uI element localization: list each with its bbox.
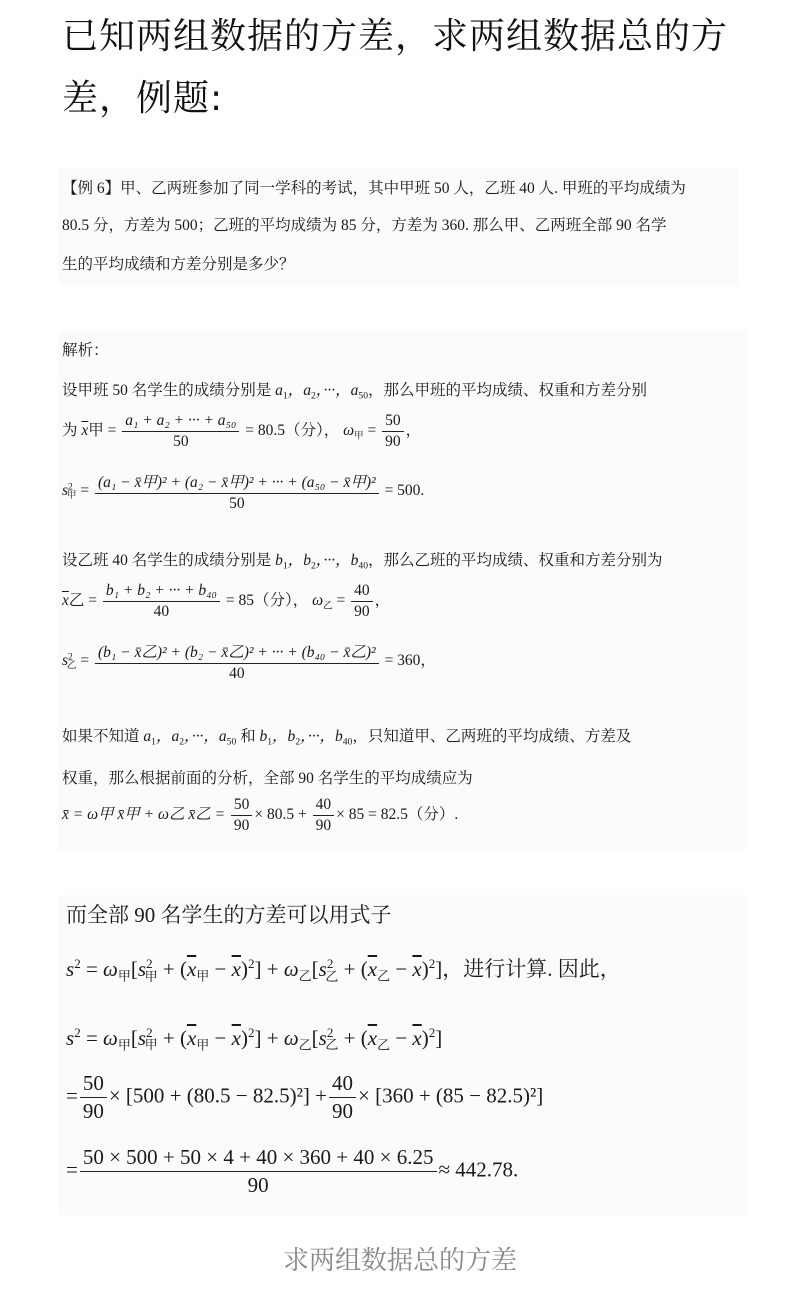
class-a-weight-fraction: 50 90 bbox=[382, 412, 404, 451]
variance-step-2: = 50 90 × [500 + (80.5 − 82.5)²] + 40 90… bbox=[66, 1071, 543, 1124]
analysis-label: 解析： bbox=[62, 338, 109, 360]
total-mean-fraction-b: 40 90 bbox=[313, 796, 335, 835]
problem-image: 【例 6】甲、乙两班参加了同一学科的考试，其中甲班 50 人，乙班 40 人. … bbox=[58, 168, 738, 286]
weight-line: 权重，那么根据前面的分析，全部 90 名学生的平均成绩应为 bbox=[62, 766, 473, 788]
class-b-mean-fraction: b₁ + b₂ + ··· + b₄₀ 40 bbox=[103, 582, 220, 621]
variance-step-3-fraction: 50 × 500 + 50 × 4 + 40 × 360 + 40 × 6.25… bbox=[80, 1145, 437, 1198]
image-caption: 求两组数据总的方差 bbox=[0, 1240, 800, 1277]
analysis-image: 解析： 设甲班 50 名学生的成绩分别是 a1，a2，···，a50，那么甲班的… bbox=[58, 330, 748, 850]
headline-line-1: 已知两组数据的方差，求两组数据总的方 bbox=[62, 6, 752, 68]
class-b-mean-formula: x乙 = b₁ + b₂ + ··· + b₄₀ 40 = 85（分）， ω乙 … bbox=[62, 582, 390, 621]
class-a-variance-formula: s2甲 = (a₁ − x̄甲)² + (a₂ − x̄甲)² + ··· + … bbox=[62, 470, 424, 513]
total-mean-fraction-a: 50 90 bbox=[231, 796, 253, 835]
problem-line-2: 80.5 分，方差为 500；乙班的平均成绩为 85 分，方差为 360. 那么… bbox=[62, 213, 667, 235]
total-mean-formula: x̄ = ω甲 x̄甲 + ω乙 x̄乙 = 50 90 × 80.5 + 40… bbox=[62, 796, 458, 835]
article-headline: 已知两组数据的方差，求两组数据总的方 差，例题: bbox=[62, 6, 752, 130]
variance-general-formula: s2 = ω甲[s2甲 + (x甲 − x)2] + ω乙[s2乙 + (x乙 … bbox=[66, 953, 621, 985]
problem-line-1: 【例 6】甲、乙两班参加了同一学科的考试，其中甲班 50 人，乙班 40 人. … bbox=[62, 176, 686, 198]
headline-line-2: 差，例题: bbox=[62, 68, 752, 130]
variance-intro: 而全部 90 名学生的方差可以用式子 bbox=[66, 899, 392, 929]
unknown-data-line: 如果不知道 a1，a2，···，a50 和 b1，b2，···，b40，只知道甲… bbox=[62, 724, 631, 747]
class-b-weight-fraction: 40 90 bbox=[351, 582, 373, 621]
variance-step-1: s2 = ω甲[s2甲 + (x甲 − x)2] + ω乙[s2乙 + (x乙 … bbox=[66, 1025, 442, 1053]
variance-step-2-fraction-a: 50 90 bbox=[80, 1071, 107, 1124]
variance-step-2-fraction-b: 40 90 bbox=[329, 1071, 356, 1124]
problem-line-3: 生的平均成绩和方差分别是多少？ bbox=[62, 252, 295, 274]
class-b-intro: 设乙班 40 名学生的成绩分别是 b1，b2，···，b40，那么乙班的平均成绩… bbox=[62, 548, 663, 571]
class-a-mean-formula: 为 x甲 = a₁ + a₂ + ··· + a₅₀ 50 = 80.5（分），… bbox=[62, 412, 421, 451]
class-b-variance-formula: s2乙 = (b₁ − x̄乙)² + (b₂ − x̄乙)² + ··· + … bbox=[62, 640, 436, 683]
class-a-mean-fraction: a₁ + a₂ + ··· + a₅₀ 50 bbox=[122, 412, 239, 451]
class-a-variance-fraction: (a₁ − x̄甲)² + (a₂ − x̄甲)² + ··· + (a₅₀ −… bbox=[95, 470, 379, 513]
variance-image: 而全部 90 名学生的方差可以用式子 s2 = ω甲[s2甲 + (x甲 − x… bbox=[58, 895, 748, 1215]
class-b-variance-fraction: (b₁ − x̄乙)² + (b₂ − x̄乙)² + ··· + (b₄₀ −… bbox=[95, 640, 379, 683]
class-a-intro: 设甲班 50 名学生的成绩分别是 a1，a2，···，a50，那么甲班的平均成绩… bbox=[62, 378, 647, 401]
variance-step-3: = 50 × 500 + 50 × 4 + 40 × 360 + 40 × 6.… bbox=[66, 1145, 518, 1198]
